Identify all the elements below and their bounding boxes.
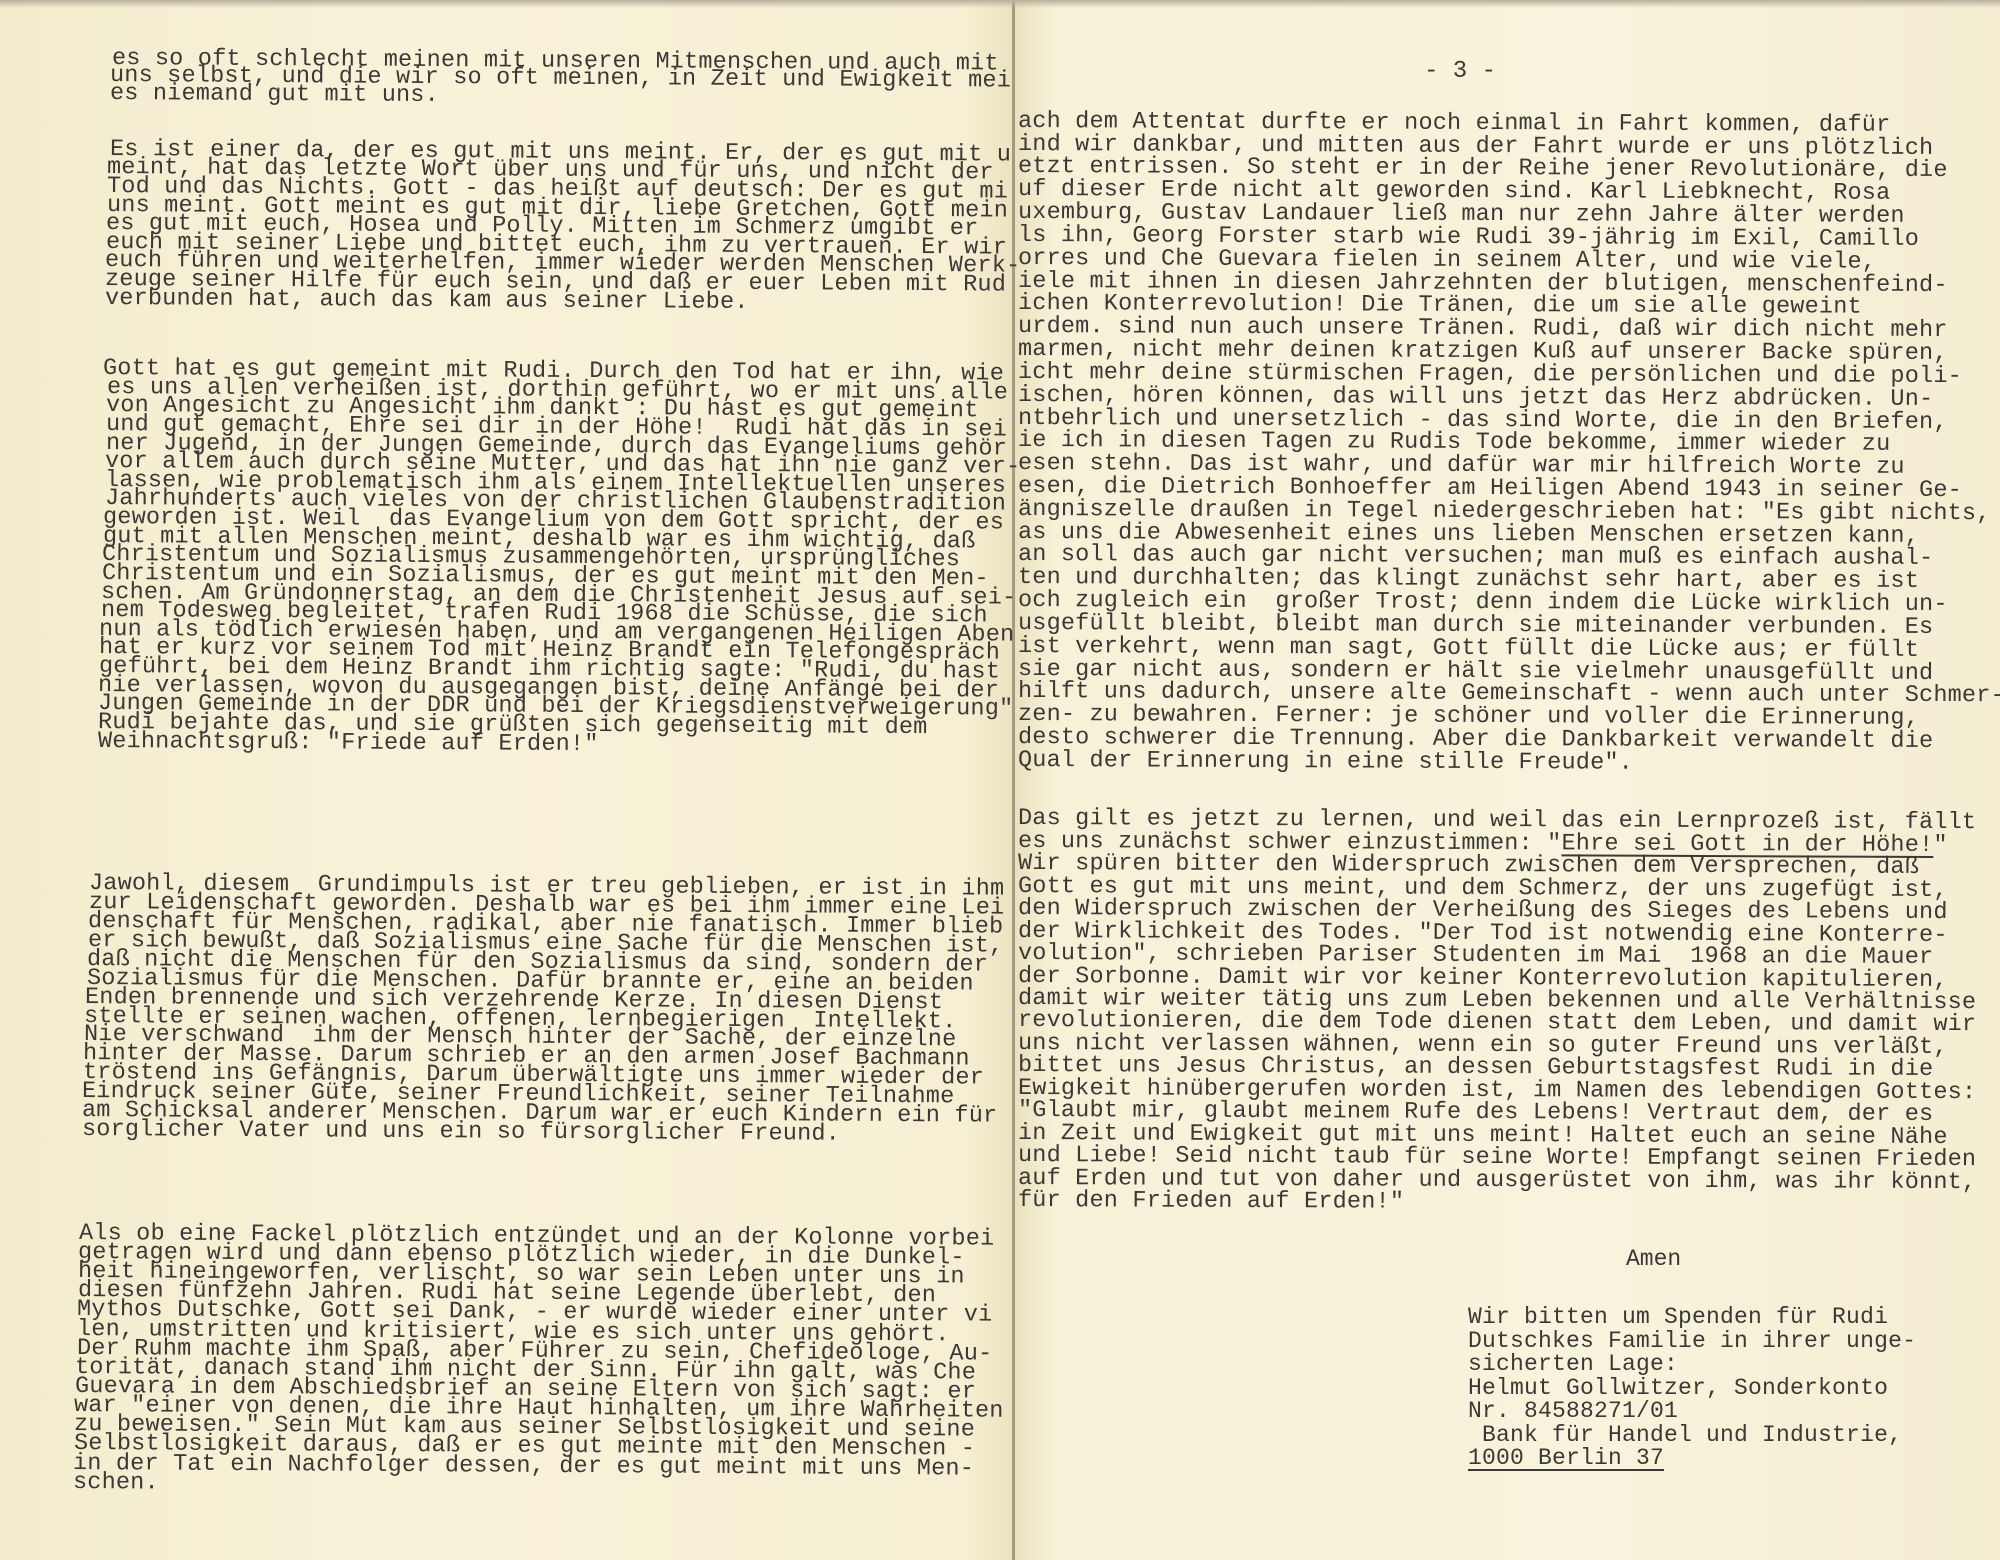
left-text-line: schen.: [73, 1471, 159, 1496]
right-text-line: für den Frieden auf Erden!": [1018, 1189, 1404, 1215]
donation-line: Bank für Handel und Industrie,: [1468, 1424, 1916, 1448]
top-edge-shadow: [0, 0, 2000, 8]
donation-notice: Wir bitten um Spenden für Rudi Dutschkes…: [1468, 1306, 1916, 1471]
page-number: - 3 -: [1424, 58, 1496, 85]
left-text-line: Weihnachtsgruß: "Friede auf Erden!": [98, 730, 599, 757]
donation-line: Wir bitten um Spenden für Rudi: [1468, 1306, 1916, 1330]
donation-line: sicherten Lage:: [1468, 1353, 1916, 1377]
left-text-line: in der Tat ein Nachfolger dessen, der es…: [73, 1452, 974, 1482]
closing-amen: Amen: [1626, 1246, 1681, 1272]
left-text-line: sorglicher Vater und uns ein so fürsorgl…: [82, 1118, 840, 1147]
donation-line: Dutschkes Familie in ihrer unge-: [1468, 1330, 1916, 1354]
quote-close: ": [1933, 832, 1947, 859]
donation-line: Helmut Gollwitzer, Sonderkonto: [1468, 1377, 1916, 1401]
right-text-line: Qual der Erinnerung in eine stille Freud…: [1018, 749, 1633, 776]
donation-line: Nr. 84588271/01: [1468, 1400, 1916, 1424]
page-seam-divider: [1012, 0, 1015, 1560]
donation-address: 1000 Berlin 37: [1468, 1447, 1916, 1471]
left-text-line: verbunden hat, auch das kam aus seiner L…: [105, 287, 749, 315]
left-text-line: es niemand gut mit uns.: [110, 82, 439, 108]
